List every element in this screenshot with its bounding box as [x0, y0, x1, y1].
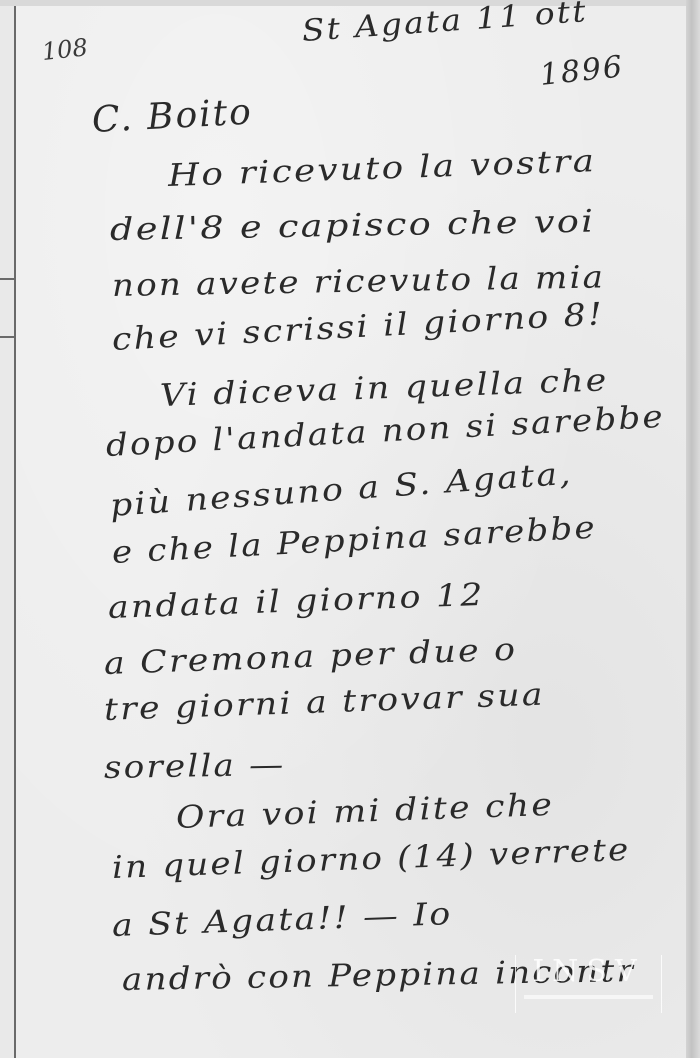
- letter-line: sorella —: [104, 747, 286, 786]
- watermark-text: INSV: [516, 955, 661, 989]
- salutation: C. Boito: [91, 92, 254, 141]
- page-right-edge: [686, 0, 700, 1058]
- page-number: 108: [41, 33, 89, 66]
- binding-tab-mark: [0, 278, 16, 338]
- archive-watermark: INSV: [515, 955, 662, 1013]
- watermark-subtitle-bar: [524, 995, 653, 999]
